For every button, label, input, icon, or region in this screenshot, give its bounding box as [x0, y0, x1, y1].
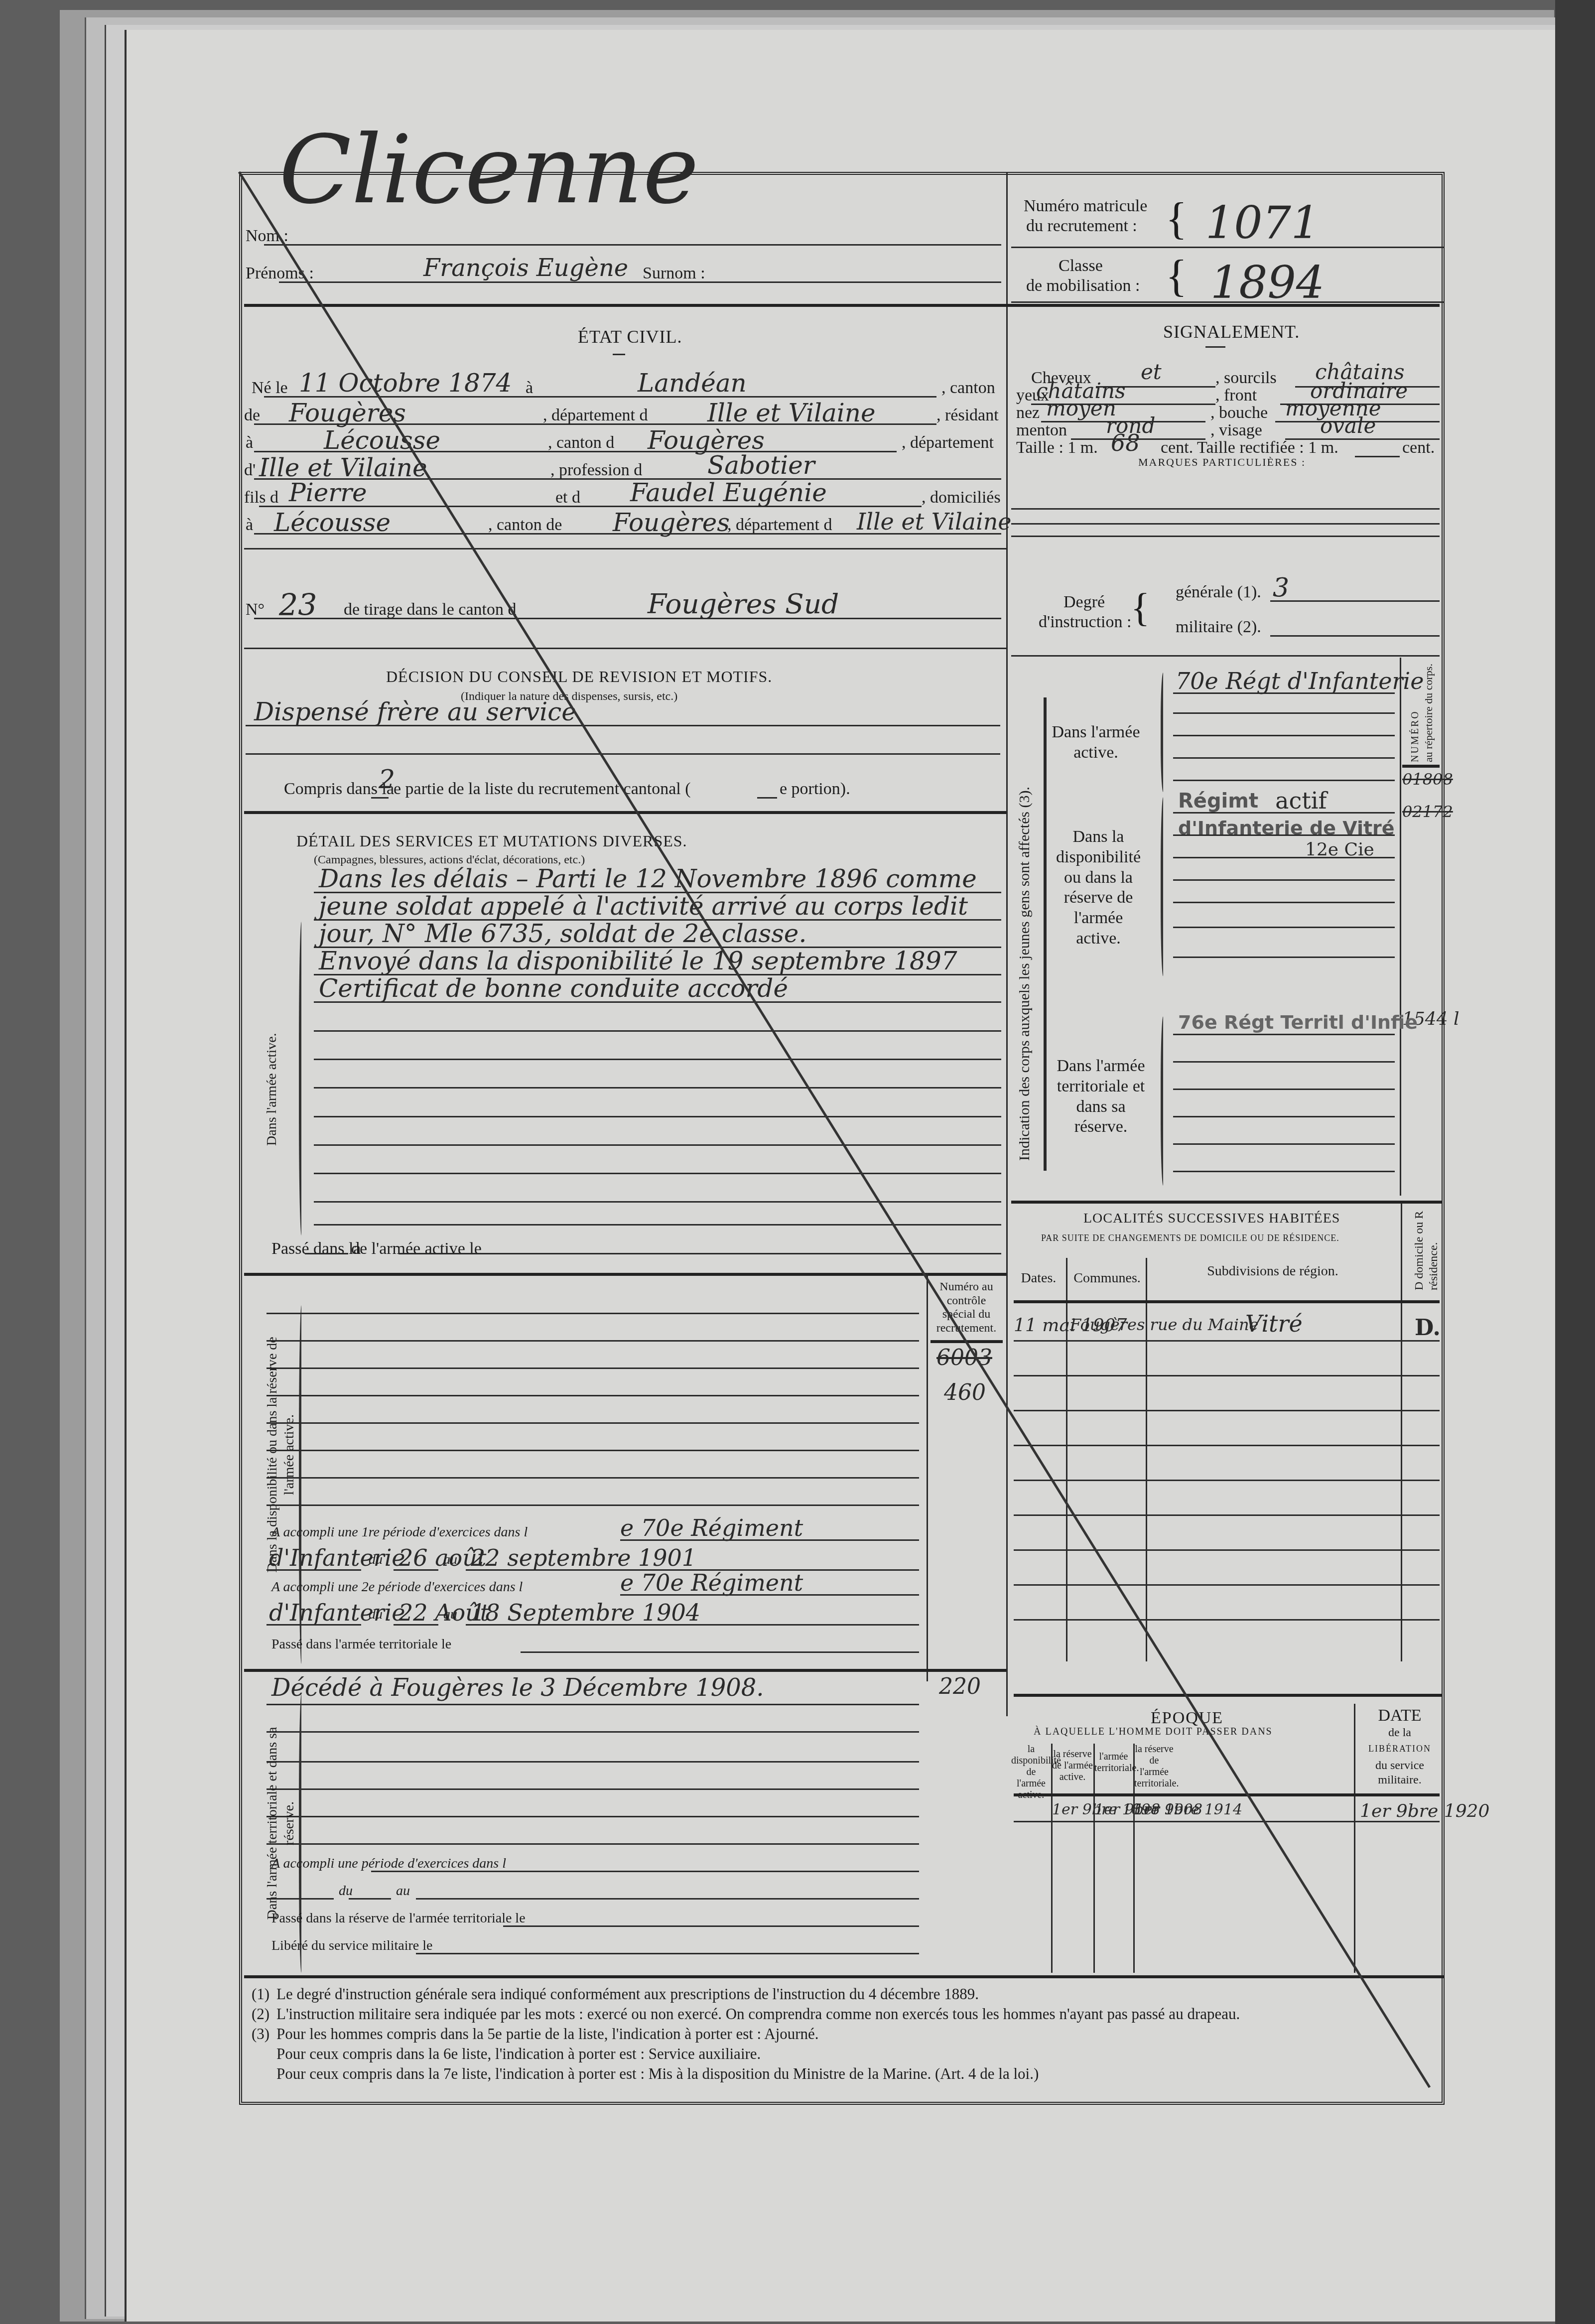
- cancellation-stroke: [0, 0, 1595, 2324]
